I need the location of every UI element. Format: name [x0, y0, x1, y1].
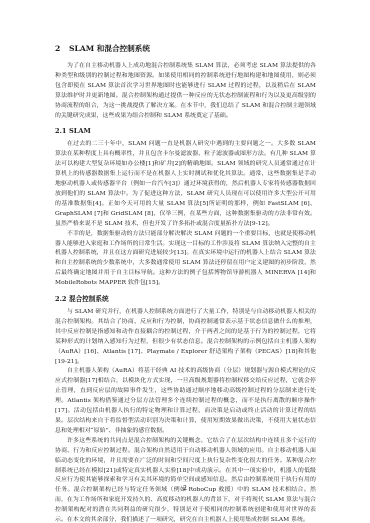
subsection-number: 2.2 — [55, 295, 69, 304]
body-paragraph: 与 SLAM 研究并行，在机器人控制系统方面进行了大量工作，特别是与自动移动机器… — [55, 308, 316, 367]
section-heading: 2SLAM 和混合控制系统 — [55, 44, 316, 54]
body-paragraph: 在过去的二三十年中，SLAM 问题一直是机器人研究中遇到的主要问题之一。大多数 … — [55, 140, 316, 229]
subsection-title: SLAM — [69, 127, 91, 135]
section-title: SLAM 和混合控制系统 — [69, 44, 150, 53]
section-number: 2 — [55, 44, 69, 54]
subsection-title: 混合控制系统 — [69, 295, 109, 303]
page-number: 2 — [0, 485, 370, 492]
section-intro-paragraph: 为了在自主移动机器人上成功地混合控制系统集 SLAM 算法，必须考虑 SLAM … — [55, 62, 316, 121]
subsection-number: 2.1 — [55, 127, 69, 136]
body-paragraph: 不幸的是，数据集驱动的方法只能部分解决解决 SLAM 问题的一个重要目标，也就是… — [55, 230, 316, 289]
subsection-heading-hybrid-control: 2.2混合控制系统 — [55, 295, 316, 304]
body-paragraph: 许多这些系统的共同点是混合控制架构的关键概念。它结合了在层次结构中连续且多个运行… — [55, 437, 316, 523]
subsection-heading-slam: 2.1SLAM — [55, 127, 316, 136]
document-page: 2SLAM 和混合控制系统 为了在自主移动机器人上成功地混合控制系统集 SLAM… — [55, 44, 316, 523]
body-paragraph: 自主机器人架构（AuRA）将基于经典 AI 技术的高级协商（分层）规划器与源自模… — [55, 367, 316, 436]
